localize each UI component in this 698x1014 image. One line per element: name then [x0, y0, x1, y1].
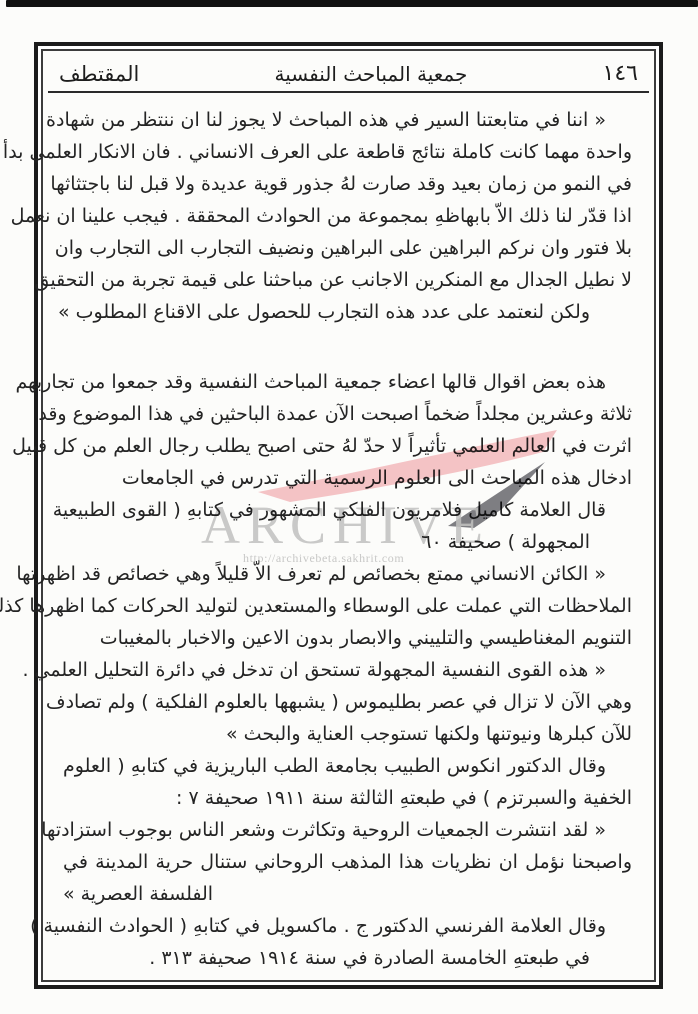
paragraph: وقال الدكتور انكوس الطبيب بجامعة الطب ال… [63, 750, 632, 814]
paragraph: قال العلامة كاميل فلامريون الفلكي المشهو… [63, 494, 632, 558]
paragraph: وقال العلامة الفرنسي الدكتور ج . ماكسويل… [63, 910, 632, 974]
text-line: ثلاثة وعشرين مجلداً ضخماً اصبحت الآن عمد… [63, 398, 632, 430]
text-line: وهي الآن لا تزال في عصر بطليموس ( يشبهها… [63, 686, 632, 718]
page-header: ١٤٦ جمعية المباحث النفسية المقتطف [45, 53, 652, 91]
text-line: ادخال هذه المباحث الى العلوم الرسمية الت… [63, 462, 632, 494]
scan-edge-artifact [6, 0, 698, 7]
paragraph: « اننا في متابعتنا السير في هذه المباحث … [63, 104, 632, 328]
text-line: وقال الدكتور انكوس الطبيب بجامعة الطب ال… [63, 750, 632, 782]
text-line: وقال العلامة الفرنسي الدكتور ج . ماكسويل… [63, 910, 632, 942]
text-line: لا نطيل الجدال مع المنكرين الاجانب عن مب… [63, 264, 632, 296]
text-line: التنويم المغناطيسي والتلييني والابصار بد… [63, 622, 632, 654]
text-line: « الكائن الانساني ممتع بخصائص لم تعرف ال… [63, 558, 632, 590]
text-body: « اننا في متابعتنا السير في هذه المباحث … [45, 93, 652, 974]
magazine-name: المقتطف [59, 62, 139, 86]
text-line: في النمو من زمان بعيد وقد صارت لهُ جذور … [63, 168, 632, 200]
text-line: بلا فتور وان نركم البراهين على البراهين … [63, 232, 632, 264]
paragraph: « لقد انتشرت الجمعيات الروحية وتكاثرت وش… [63, 814, 632, 910]
text-line: الملاحظات التي عملت على الوسطاء والمستعد… [63, 590, 632, 622]
paragraph: « هذه القوى النفسية المجهولة تستحق ان تد… [63, 654, 632, 750]
text-line: الخفية والسبرتزم ) في طبعتهِ الثالثة سنة… [63, 782, 632, 814]
page-number: ١٤٦ [603, 61, 638, 86]
text-line: هذه بعض اقوال قالها اعضاء جمعية المباحث … [63, 366, 632, 398]
text-line: واصبحنا نؤمل ان نظريات هذا المذهب الروحا… [63, 846, 632, 878]
text-line: واحدة مهما كانت كاملة نتائج قاطعة على ال… [63, 136, 632, 168]
text-line: قال العلامة كاميل فلامريون الفلكي المشهو… [63, 494, 632, 526]
page-border-frame: ١٤٦ جمعية المباحث النفسية المقتطف « اننا… [34, 42, 663, 989]
text-line: اثرت في العالم العلمي تأثيراً لا حدّ لهُ… [63, 430, 632, 462]
paragraph: « الكائن الانساني ممتع بخصائص لم تعرف ال… [63, 558, 632, 654]
text-line: اذا قدّر لنا ذلك الاّ بابهاظهِ بمجموعة م… [63, 200, 632, 232]
paragraph: هذه بعض اقوال قالها اعضاء جمعية المباحث … [63, 366, 632, 494]
text-line: المجهولة ) صحيفة ٦٠ [63, 526, 632, 558]
text-line: الفلسفة العصرية » [63, 878, 632, 910]
page-title: جمعية المباحث النفسية [139, 62, 602, 86]
text-line: للآن كبلرها ونيوتنها ولكنها تستوجب العنا… [63, 718, 632, 750]
text-line: في طبعتهِ الخامسة الصادرة في سنة ١٩١٤ صح… [63, 942, 632, 974]
text-line: ولكن لنعتمد على عدد هذه التجارب للحصول ع… [63, 296, 632, 328]
paragraph-gap [63, 328, 632, 366]
text-line: « لقد انتشرت الجمعيات الروحية وتكاثرت وش… [63, 814, 632, 846]
text-line: « هذه القوى النفسية المجهولة تستحق ان تد… [63, 654, 632, 686]
text-line: « اننا في متابعتنا السير في هذه المباحث … [63, 104, 632, 136]
page-content-area: ١٤٦ جمعية المباحث النفسية المقتطف « اننا… [45, 53, 652, 978]
scanned-page: { "header": { "page_number": "١٤٦", "tit… [0, 0, 698, 1014]
